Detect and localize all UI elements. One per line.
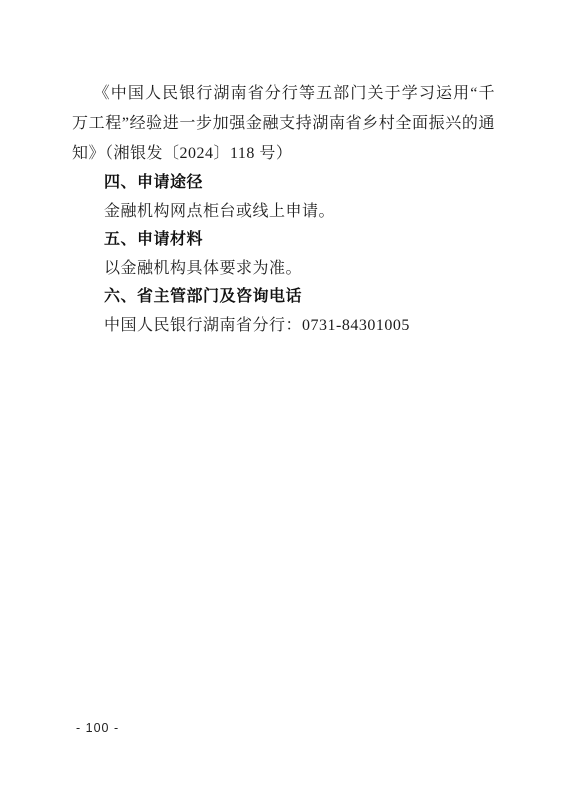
reference-notice-paragraph: 《中国人民银行湖南省分行等五部门关于学习运用“千万工程”经验进一步加强金融支持湖…: [72, 79, 495, 169]
section-heading-application-materials: 五、申请材料: [72, 226, 495, 255]
section-body-application-materials: 以金融机构具体要求为准。: [72, 255, 495, 284]
page-number: - 100 -: [76, 721, 119, 735]
section-body-authority-phone: 中国人民银行湖南省分行：0731-84301005: [72, 312, 495, 341]
document-page: 《中国人民银行湖南省分行等五部门关于学习运用“千万工程”经验进一步加强金融支持湖…: [0, 0, 561, 793]
section-heading-authority-phone: 六、省主管部门及咨询电话: [72, 283, 495, 312]
section-body-application-channel: 金融机构网点柜台或线上申请。: [72, 198, 495, 227]
page-content: 《中国人民银行湖南省分行等五部门关于学习运用“千万工程”经验进一步加强金融支持湖…: [72, 79, 495, 340]
section-heading-application-channel: 四、申请途径: [72, 169, 495, 198]
